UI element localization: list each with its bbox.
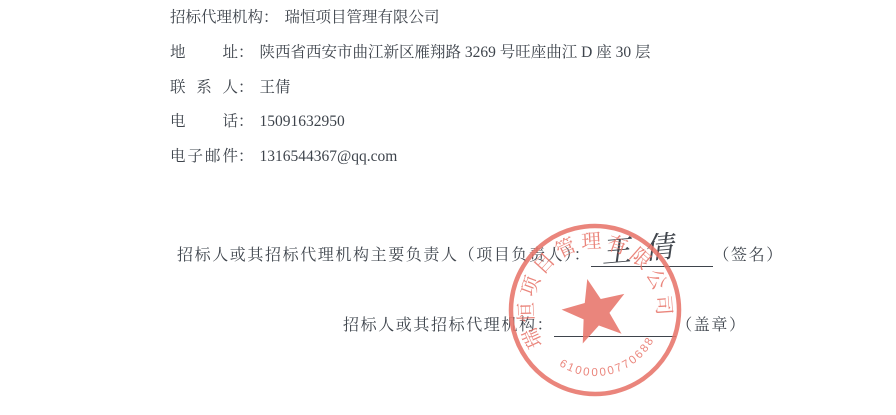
- contact-label: 联系人: [170, 71, 238, 106]
- email-value: 1316544367@qq.com: [260, 140, 398, 175]
- colon: ：: [238, 140, 254, 175]
- phone-value: 15091632950: [260, 105, 345, 140]
- email-label: 电子邮件: [170, 140, 238, 175]
- info-row-agency: 招标代理机构：瑞恒项目管理有限公司: [170, 1, 650, 36]
- seal-registration-number: 6100000770688: [555, 334, 662, 389]
- star-icon: [556, 271, 634, 346]
- address-value: 陕西省西安市曲江新区雁翔路 3269 号旺座曲江 D 座 30 层: [260, 36, 651, 71]
- agency-label: 招标代理机构: [170, 1, 263, 36]
- agency-value: 瑞恒项目管理有限公司: [285, 1, 440, 36]
- colon: ：: [263, 1, 279, 36]
- info-row-phone: 电话：15091632950: [170, 105, 650, 140]
- svg-text:6100000770688: 6100000770688: [555, 334, 662, 389]
- info-row-email: 电子邮件：1316544367@qq.com: [170, 140, 650, 175]
- colon: ：: [238, 71, 254, 106]
- company-seal-stamp: 瑞恒项目管理有限公司 6100000770688: [503, 218, 687, 402]
- colon: ：: [238, 105, 254, 140]
- address-label: 地址: [170, 36, 238, 71]
- bid-agency-info-block: 招标代理机构：瑞恒项目管理有限公司 地址：陕西省西安市曲江新区雁翔路 3269 …: [170, 1, 650, 175]
- scanned-document-page: 招标代理机构：瑞恒项目管理有限公司 地址：陕西省西安市曲江新区雁翔路 3269 …: [0, 0, 896, 415]
- project-leader-signature-line: 招标人或其招标代理机构主要负责人（项目负责人）：王倩（签名）: [177, 244, 784, 268]
- signature-line-suffix: （签名）: [713, 247, 783, 264]
- contact-value: 王倩: [260, 71, 291, 106]
- colon: ：: [238, 36, 254, 71]
- phone-label: 电话: [170, 105, 238, 140]
- info-row-address: 地址：陕西省西安市曲江新区雁翔路 3269 号旺座曲江 D 座 30 层: [170, 36, 650, 71]
- info-row-contact: 联系人：王倩: [170, 71, 650, 106]
